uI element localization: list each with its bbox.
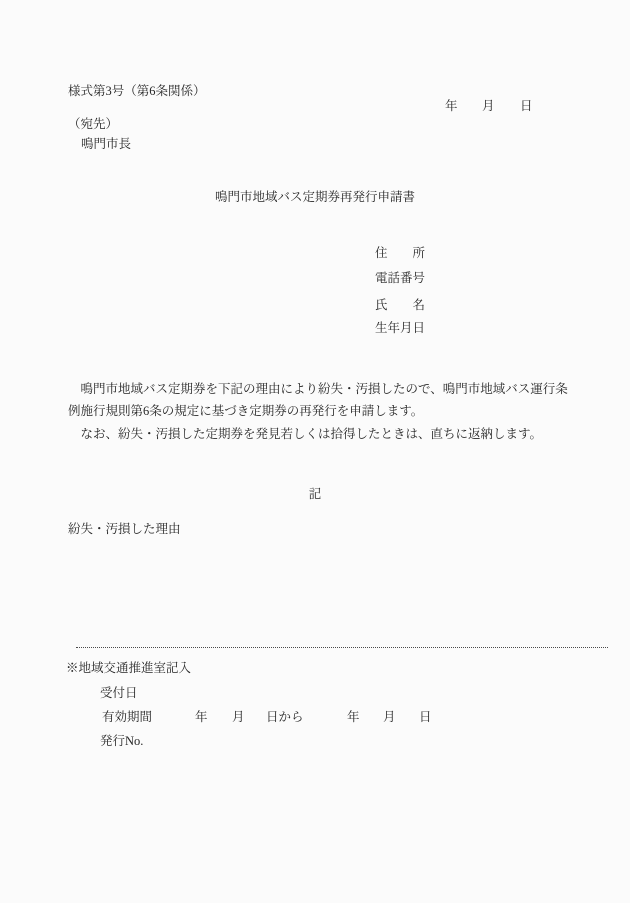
reception-date-label: 受付日 (100, 685, 138, 701)
validity-period-label: 有効期間 (102, 709, 152, 725)
validity-from-month-label: 月 (232, 709, 245, 725)
reason-label: 紛失・汚損した理由 (68, 521, 181, 537)
dotted-divider (76, 647, 608, 648)
validity-from-year-label: 年 (195, 709, 208, 725)
birthdate-field-label: 生年月日 (375, 320, 425, 336)
addressee-prefix: （宛先） (68, 116, 118, 132)
form-number: 様式第3号（第6条関係） (68, 83, 206, 99)
validity-to-year-label: 年 (347, 709, 360, 725)
issue-number-label: 発行No. (100, 733, 143, 749)
validity-to-day-label: 日 (419, 709, 432, 725)
body-line-2: 例施行規則第6条の規定に基づき定期券の再発行を申請します。 (68, 403, 423, 419)
office-use-note: ※地域交通推進室記入 (66, 660, 191, 676)
addressee: 鳴門市長 (81, 136, 131, 152)
record-heading: 記 (0, 486, 630, 502)
name-field-label: 氏 名 (375, 297, 425, 313)
address-field-label: 住 所 (375, 245, 425, 261)
date-month-label: 月 (482, 98, 495, 114)
date-day-label: 日 (520, 98, 533, 114)
validity-from-day-label: 日から (266, 709, 304, 725)
reissue-application-form: 様式第3号（第6条関係） 年 月 日 （宛先） 鳴門市長 鳴門市地域バス定期券再… (0, 0, 630, 903)
phone-field-label: 電話番号 (375, 270, 425, 286)
validity-to-month-label: 月 (383, 709, 396, 725)
body-line-1: 鳴門市地域バス定期券を下記の理由により紛失・汚損したので、鳴門市地域バス運行条 (68, 381, 568, 397)
body-line-3: なお、紛失・汚損した定期券を発見若しくは拾得したときは、直ちに返納します。 (68, 426, 542, 442)
document-title: 鳴門市地域バス定期券再発行申請書 (0, 189, 630, 205)
reason-entry-space (68, 545, 568, 640)
date-year-label: 年 (445, 98, 458, 114)
